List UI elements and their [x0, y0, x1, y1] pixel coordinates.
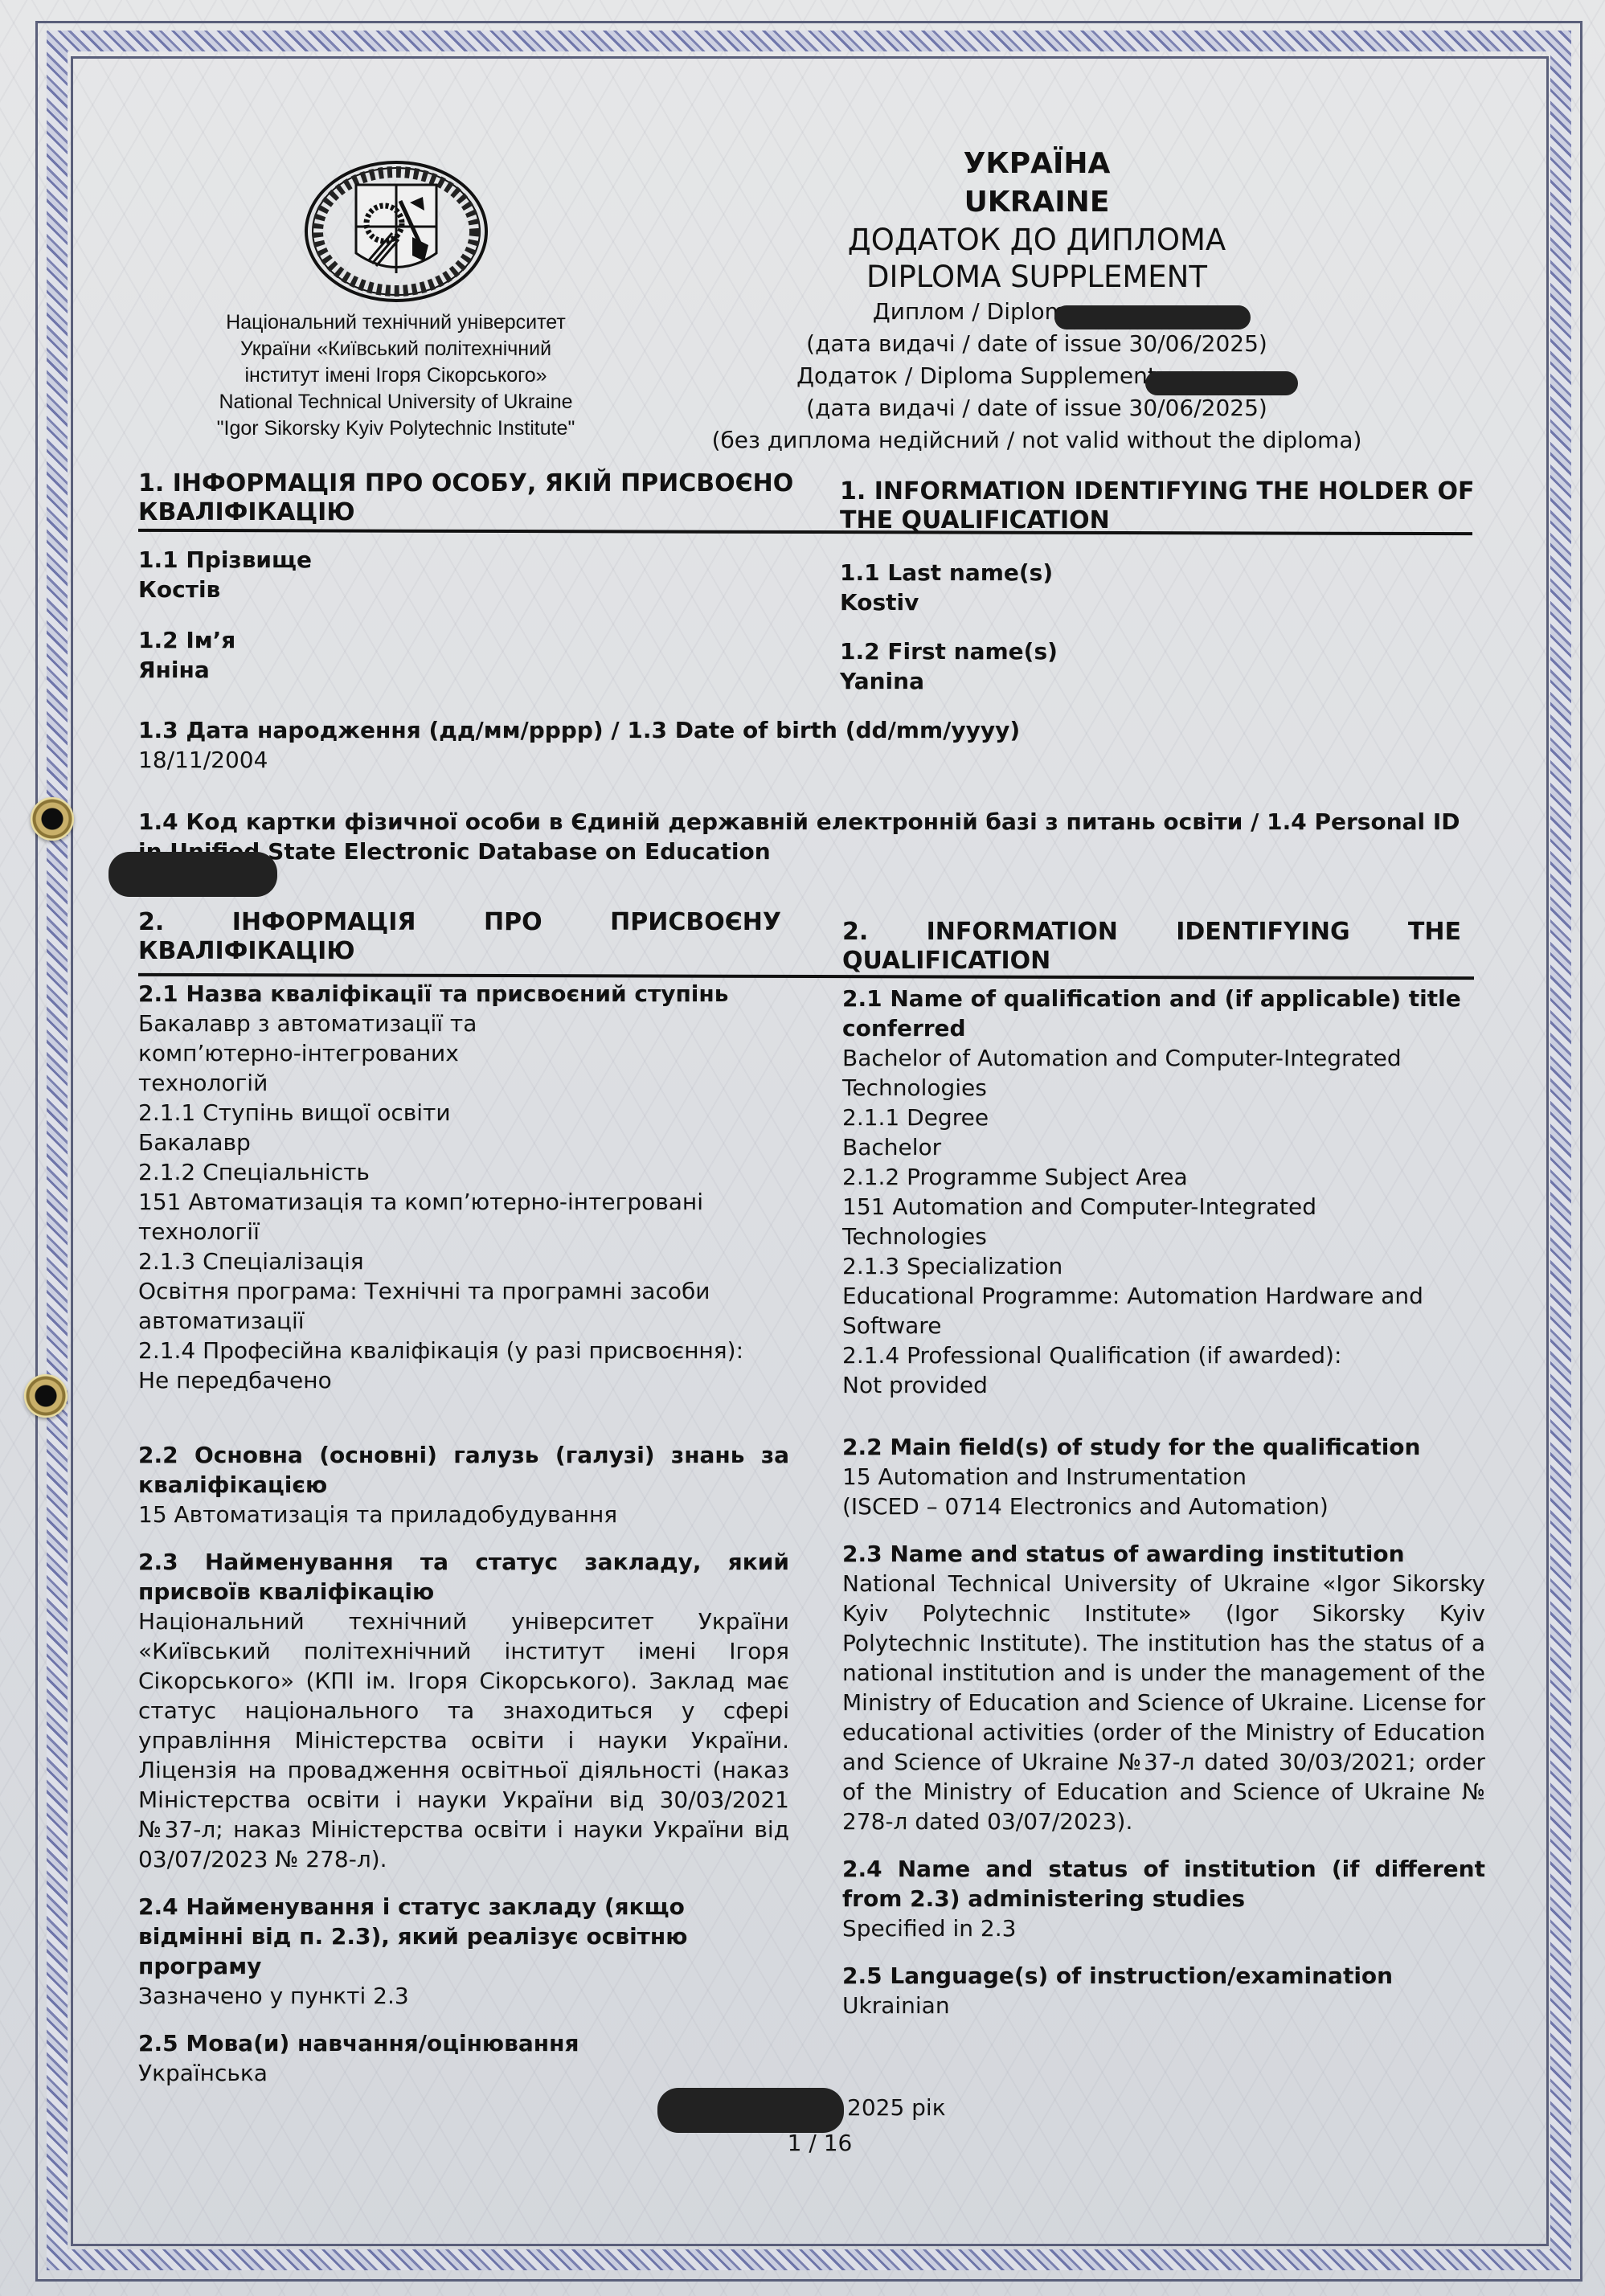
- title-ua: ДОДАТОК ДО ДИПЛОМА: [691, 222, 1382, 259]
- section2-title-en-text: 2. INFORMATION IDENTIFYING THE QUALIFICA…: [842, 918, 1461, 975]
- country-en: UKRAINE: [691, 183, 1382, 222]
- s24-value-ua: Зазначено у пункті 2.3: [138, 1981, 789, 2011]
- last-name-value-ua: Костів: [138, 575, 781, 604]
- s25-label-ua: 2.5 Мова(и) навчання/оцінювання: [138, 2028, 789, 2058]
- last-name-label-ua: 1.1 Прізвище: [138, 545, 781, 575]
- first-name-field-ua: 1.2 Ім’я Яніна: [138, 625, 781, 685]
- s212-value-en: 151 Automation and Computer-Integrated T…: [842, 1192, 1357, 1251]
- redacted-footer-place: [657, 2088, 844, 2133]
- s22-value-en-1: 15 Automation and Instrumentation: [842, 1462, 1485, 1492]
- title-en: DIPLOMA SUPPLEMENT: [691, 259, 1382, 296]
- s24-label-en: 2.4 Name and status of institution (if d…: [842, 1854, 1485, 1913]
- university-name-ua-3: інститут імені Ігоря Сікорського»: [177, 362, 615, 389]
- last-name-field-ua: 1.1 Прізвище Костів: [138, 545, 781, 604]
- personal-id-label: 1.4 Код картки фізичної особи в Єдиній д…: [138, 807, 1472, 866]
- s214-value-ua: Не передбачено: [138, 1365, 789, 1395]
- dob-value: 18/11/2004: [138, 745, 1472, 775]
- s211-label-ua: 2.1.1 Ступінь вищої освіти: [138, 1098, 789, 1128]
- s23-label-ua: 2.3 Найменування та статус закладу, який…: [138, 1547, 789, 1606]
- first-name-label-ua: 1.2 Ім’я: [138, 625, 781, 655]
- s22-value-en-2: (ISCED – 0714 Electronics and Automation…: [842, 1492, 1485, 1521]
- s22-label-en: 2.2 Main field(s) of study for the quali…: [842, 1432, 1485, 1462]
- s21-value-en: Bachelor of Automation and Computer-Inte…: [842, 1043, 1485, 1103]
- s211-label-en: 2.1.1 Degree: [842, 1103, 1485, 1132]
- diploma-supplement-page: Національний технічний університет Украї…: [0, 0, 1605, 2296]
- s21-label-en: 2.1 Name of qualification and (if applic…: [842, 984, 1485, 1043]
- s23-value-ua: Національний технічний університет Украї…: [138, 1606, 789, 1874]
- s24-value-en: Specified in 2.3: [842, 1913, 1485, 1943]
- document-header: УКРАЇНА UKRAINE ДОДАТОК ДО ДИПЛОМА DIPLO…: [691, 145, 1382, 456]
- s25-value-en: Ukrainian: [842, 1991, 1485, 2020]
- s214-label-en: 2.1.4 Professional Qualification (if awa…: [842, 1340, 1485, 1370]
- first-name-value-en: Yanina: [840, 666, 1467, 696]
- section2-ua-column: 2.1 Назва кваліфікації та присвоєний сту…: [138, 979, 789, 2088]
- section2-title-ua: 2. ІНФОРМАЦІЯ ПРО ПРИСВОЄНУ КВАЛІФІКАЦІЮ: [138, 908, 781, 966]
- s25-value-ua: Українська: [138, 2058, 789, 2088]
- last-name-field-en: 1.1 Last name(s) Kostiv: [840, 558, 1467, 617]
- section1-title-ua: 1. ІНФОРМАЦІЯ ПРО ОСОБУ, ЯКІЙ ПРИСВОЄНО …: [138, 469, 797, 527]
- redacted-diploma-number: [1054, 305, 1251, 329]
- university-name-en-1: National Technical University of Ukraine: [177, 389, 615, 415]
- s22-label-ua: 2.2 Основна (основні) галузь (галузі) зн…: [138, 1440, 789, 1500]
- last-name-value-en: Kostiv: [840, 587, 1467, 617]
- section2-en-column: 2.1 Name of qualification and (if applic…: [842, 984, 1485, 2020]
- section2-title-ua-text: 2. ІНФОРМАЦІЯ ПРО ПРИСВОЄНУ КВАЛІФІКАЦІЮ: [138, 908, 781, 965]
- diploma-issue-date: (дата видачі / date of issue 30/06/2025): [691, 328, 1382, 360]
- university-name-ua-2: України «Київський політехнічний: [177, 336, 615, 362]
- last-name-label-en: 1.1 Last name(s): [840, 558, 1467, 587]
- s213-label-ua: 2.1.3 Спеціалізація: [138, 1246, 789, 1276]
- s23-value-en: National Technical University of Ukraine…: [842, 1569, 1485, 1836]
- redacted-personal-id: [109, 852, 277, 897]
- section2-title-en: 2. INFORMATION IDENTIFYING THE QUALIFICA…: [842, 918, 1461, 976]
- binding-grommet-top: [31, 797, 74, 841]
- s22-value-ua: 15 Автоматизація та приладобудування: [138, 1500, 789, 1529]
- university-name-ua-1: Національний технічний університет: [177, 309, 615, 336]
- s23-label-en: 2.3 Name and status of awarding institut…: [842, 1539, 1485, 1569]
- section1-title-en: 1. INFORMATION IDENTIFYING THE HOLDER OF…: [840, 477, 1475, 535]
- page-indicator: 1 / 16: [739, 2128, 900, 2158]
- year-label: 2025 рік: [847, 2093, 1088, 2122]
- binding-grommet-bottom: [24, 1374, 68, 1418]
- s21-value-ua: Бакалавр з автоматизації та комп’ютерно-…: [138, 1009, 516, 1098]
- s25-label-en: 2.5 Language(s) of instruction/examinati…: [842, 1961, 1485, 1991]
- university-name-block: Національний технічний університет Украї…: [177, 309, 615, 442]
- dob-label: 1.3 Дата народження (дд/мм/рррр) / 1.3 D…: [138, 715, 1472, 745]
- s212-value-ua: 151 Автоматизація та комп’ютерно-інтегро…: [138, 1187, 717, 1246]
- diploma-number-label: Диплом / Diploma: [691, 296, 1382, 328]
- s213-value-ua: Освітня програма: Технічні та програмні …: [138, 1276, 749, 1336]
- supplement-issue-date: (дата видачі / date of issue 30/06/2025): [691, 392, 1382, 424]
- s24-label-ua: 2.4 Найменування і статус закладу (якщо …: [138, 1892, 789, 1981]
- university-seal-icon: [304, 161, 489, 302]
- s214-value-en: Not provided: [842, 1370, 1485, 1400]
- s212-label-en: 2.1.2 Programme Subject Area: [842, 1162, 1485, 1192]
- s213-label-en: 2.1.3 Specialization: [842, 1251, 1485, 1281]
- s211-value-en: Bachelor: [842, 1132, 1485, 1162]
- first-name-label-en: 1.2 First name(s): [840, 636, 1467, 666]
- s21-label-ua: 2.1 Назва кваліфікації та присвоєний сту…: [138, 979, 789, 1009]
- dob-field: 1.3 Дата народження (дд/мм/рррр) / 1.3 D…: [138, 715, 1472, 775]
- s213-value-en: Educational Programme: Automation Hardwa…: [842, 1281, 1485, 1340]
- s212-label-ua: 2.1.2 Спеціальність: [138, 1157, 789, 1187]
- s214-label-ua: 2.1.4 Професійна кваліфікація (у разі пр…: [138, 1336, 789, 1365]
- s211-value-ua: Бакалавр: [138, 1128, 789, 1157]
- redacted-supplement-number: [1145, 371, 1298, 395]
- country-ua: УКРАЇНА: [691, 145, 1382, 183]
- first-name-field-en: 1.2 First name(s) Yanina: [840, 636, 1467, 696]
- first-name-value-ua: Яніна: [138, 655, 781, 685]
- validity-note: (без диплома недійсний / not valid witho…: [691, 424, 1382, 456]
- university-name-en-2: "Igor Sikorsky Kyiv Polytechnic Institut…: [177, 415, 615, 442]
